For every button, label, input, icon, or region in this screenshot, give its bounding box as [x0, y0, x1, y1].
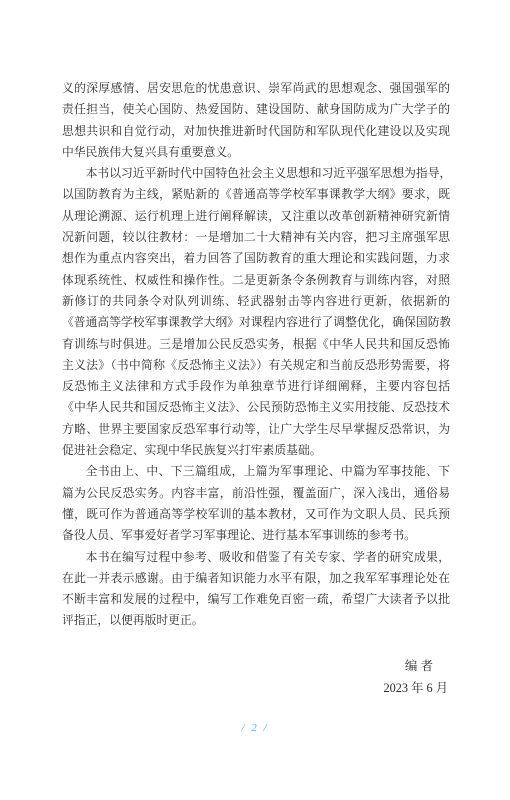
- page-number: / 2 /: [0, 720, 510, 736]
- text-line: 在此一并表示感谢。由于编者知识能力水平有限，加之我军军事理论处在: [62, 568, 450, 589]
- text-line: 不断丰富和发展的过程中，编写工作难免百密一疏，希望广大读者予以批: [62, 589, 450, 610]
- text-line: 反恐怖主义法律和方式手段作为单独章节进行详细阐释，主要内容包括: [62, 376, 450, 397]
- text-line: 全书由上、中、下三篇组成，上篇为军事理论、中篇为军事技能、下: [62, 461, 450, 482]
- text-line: 《普通高等学校军事课教学大纲》对课程内容进行了调整优化，确保国防教: [62, 312, 450, 333]
- text-line: 懂，既可作为普通高等学校军训的基本教材，又可作为文职人员、民兵预: [62, 504, 450, 525]
- paragraph: 本书以习近平新时代中国特色社会主义思想和习近平强军思想为指导，以国防教育为主线，…: [62, 163, 450, 461]
- paragraph: 全书由上、中、下三篇组成，上篇为军事理论、中篇为军事技能、下篇为公民反恐实务。内…: [62, 461, 450, 546]
- text-line: 《中华人民共和国反恐怖主义法》、公民预防恐怖主义实用技能、反恐技术: [62, 397, 450, 418]
- text-line: 况新问题，较以往教材：一是增加二十大精神有关内容，把习主席强军思: [62, 227, 450, 248]
- paragraph: 本书在编写过程中参考、吸收和借鉴了有关专家、学者的研究成果，在此一并表示感谢。由…: [62, 547, 450, 632]
- text-line: 方略、世界主要国家反恐军事行动等，让广大学生尽早掌握反恐常识，为: [62, 419, 450, 440]
- text-line: 中华民族伟大复兴具有重要意义。: [62, 142, 450, 163]
- text-line: 想作为重点内容突出，着力回答了国防教育的重大理论和实践问题，力求: [62, 248, 450, 269]
- paragraph: 义的深厚感情、居安思危的忧患意识、崇军尚武的思想观念、强国强军的责任担当，使关心…: [62, 78, 450, 163]
- document-page: 义的深厚感情、居安思危的忧患意识、崇军尚武的思想观念、强国强军的责任担当，使关心…: [0, 0, 510, 800]
- text-line: 本书以习近平新时代中国特色社会主义思想和习近平强军思想为指导，: [62, 163, 450, 184]
- publication-date: 2023 年 6 月: [383, 678, 448, 699]
- text-line: 备役人员、军事爱好者学习军事理论、进行基本军事训练的参考书。: [62, 525, 450, 546]
- text-line: 新修订的共同条令对队列训练、轻武器射击等内容进行更新，依据新的: [62, 291, 450, 312]
- text-line: 义的深厚感情、居安思危的忧患意识、崇军尚武的思想观念、强国强军的: [62, 78, 450, 99]
- text-line: 责任担当，使关心国防、热爱国防、建设国防、献身国防成为广大学子的: [62, 99, 450, 120]
- text-line: 思想共识和自觉行动，对加快推进新时代国防和军队现代化建设以及实现: [62, 121, 450, 142]
- editor-signature: 编 者: [405, 656, 433, 677]
- text-line: 促进社会稳定、实现中华民族复兴打牢素质基础。: [62, 440, 450, 461]
- text-line: 主义法》（书中简称《反恐怖主义法》）有关规定和当前反恐形势需要，将: [62, 355, 450, 376]
- text-line: 评指正，以便再版时更正。: [62, 610, 450, 631]
- text-line: 以国防教育为主线，紧贴新的《普通高等学校军事课教学大纲》要求，既: [62, 184, 450, 205]
- text-line: 育训练与时俱进。三是增加公民反恐实务，根据《中华人民共和国反恐怖: [62, 334, 450, 355]
- text-line: 体现系统性、权威性和操作性。二是更新条令条例教育与训练内容，对照: [62, 270, 450, 291]
- text-line: 从理论溯源、运行机理上进行阐释解读，又注重以改革创新精神研究新情: [62, 206, 450, 227]
- body-text: 义的深厚感情、居安思危的忧患意识、崇军尚武的思想观念、强国强军的责任担当，使关心…: [62, 78, 450, 632]
- text-line: 篇为公民反恐实务。内容丰富，前沿性强，覆盖面广，深入浅出，通俗易: [62, 483, 450, 504]
- text-line: 本书在编写过程中参考、吸收和借鉴了有关专家、学者的研究成果，: [62, 547, 450, 568]
